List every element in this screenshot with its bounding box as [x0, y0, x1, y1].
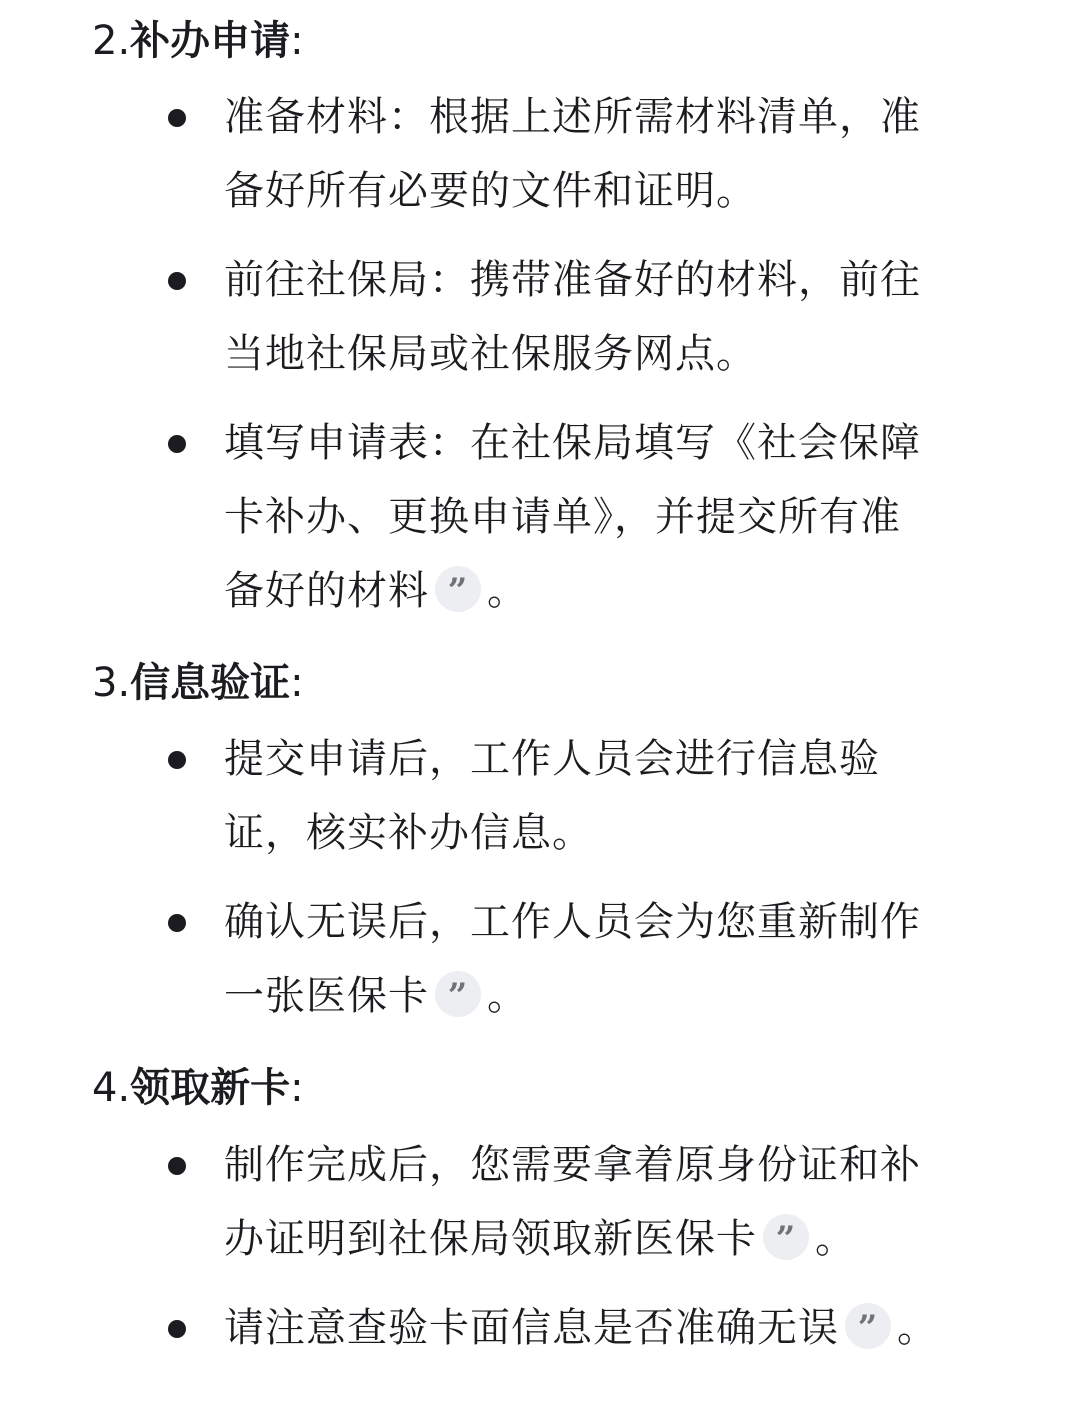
bullet-icon [168, 272, 186, 290]
list-item-line: 准备材料：根据上述所需材料清单，准 [224, 80, 1024, 154]
section-colon: : [290, 660, 303, 706]
bullet-icon [168, 435, 186, 453]
list-item: 准备材料：根据上述所需材料清单，准 备好所有必要的文件和证明。 [224, 80, 1024, 228]
list-item: 制作完成后，您需要拿着原身份证和补 办证明到社保局领取新医保卡”。 [224, 1128, 1024, 1276]
quote-icon: ” [435, 973, 481, 1019]
quote-icon: ” [763, 1216, 809, 1262]
citation-button[interactable]: ” [435, 566, 481, 612]
section-number: 3. [92, 660, 130, 706]
list-item-end: 。 [815, 1216, 856, 1262]
bullet-icon [168, 1157, 186, 1175]
list-item: 请注意查验卡面信息是否准确无误”。 [224, 1291, 1024, 1365]
section-colon: : [290, 18, 303, 64]
section-number: 2. [92, 18, 130, 64]
section-heading-3: 3.信息验证: [92, 658, 304, 708]
list-item: 提交申请后，工作人员会进行信息验 证，核实补办信息。 [224, 722, 1024, 870]
list-item-text: 备好的材料 [224, 568, 429, 614]
list-item: 填写申请表：在社保局填写《社会保障 卡补办、更换申请单》，并提交所有准 备好的材… [224, 406, 1024, 628]
list-item: 前往社保局：携带准备好的材料，前往 当地社保局或社保服务网点。 [224, 243, 1024, 391]
list-item-line: 前往社保局：携带准备好的材料，前往 [224, 243, 1024, 317]
bullet-icon [168, 109, 186, 127]
section-title: 信息验证 [130, 660, 290, 706]
section-number: 4. [92, 1065, 130, 1111]
list-item-line: 备好所有必要的文件和证明。 [224, 154, 1024, 228]
list-item: 确认无误后，工作人员会为您重新制作 一张医保卡”。 [224, 885, 1024, 1033]
list-item-line: 当地社保局或社保服务网点。 [224, 317, 1024, 391]
quote-icon: ” [845, 1305, 891, 1351]
list-item-text: 请注意查验卡面信息是否准确无误 [224, 1305, 839, 1351]
citation-button[interactable]: ” [435, 971, 481, 1017]
list-item-line: 证，核实补办信息。 [224, 796, 1024, 870]
list-item-line: 请注意查验卡面信息是否准确无误”。 [224, 1291, 1024, 1365]
list-item-line: 提交申请后，工作人员会进行信息验 [224, 722, 1024, 796]
list-item-line: 填写申请表：在社保局填写《社会保障 [224, 406, 1024, 480]
section-title: 领取新卡 [130, 1065, 290, 1111]
list-item-text: 办证明到社保局领取新医保卡 [224, 1216, 757, 1262]
section-heading-4: 4.领取新卡: [92, 1063, 304, 1113]
section-colon: : [290, 1065, 303, 1111]
list-item-line: 卡补办、更换申请单》，并提交所有准 [224, 480, 1024, 554]
citation-button[interactable]: ” [845, 1303, 891, 1349]
bullet-icon [168, 914, 186, 932]
list-item-line: 制作完成后，您需要拿着原身份证和补 [224, 1128, 1024, 1202]
section-title: 补办申请 [130, 18, 290, 64]
citation-button[interactable]: ” [763, 1214, 809, 1260]
section-heading-2: 2.补办申请: [92, 16, 304, 66]
list-item-line: 办证明到社保局领取新医保卡”。 [224, 1202, 1024, 1276]
list-item-end: 。 [487, 973, 528, 1019]
list-item-text: 一张医保卡 [224, 973, 429, 1019]
list-item-line: 备好的材料”。 [224, 554, 1024, 628]
list-item-line: 一张医保卡”。 [224, 959, 1024, 1033]
quote-icon: ” [435, 568, 481, 614]
list-item-end: 。 [487, 568, 528, 614]
bullet-icon [168, 751, 186, 769]
list-item-line: 确认无误后，工作人员会为您重新制作 [224, 885, 1024, 959]
list-item-end: 。 [897, 1305, 938, 1351]
bullet-icon [168, 1320, 186, 1338]
